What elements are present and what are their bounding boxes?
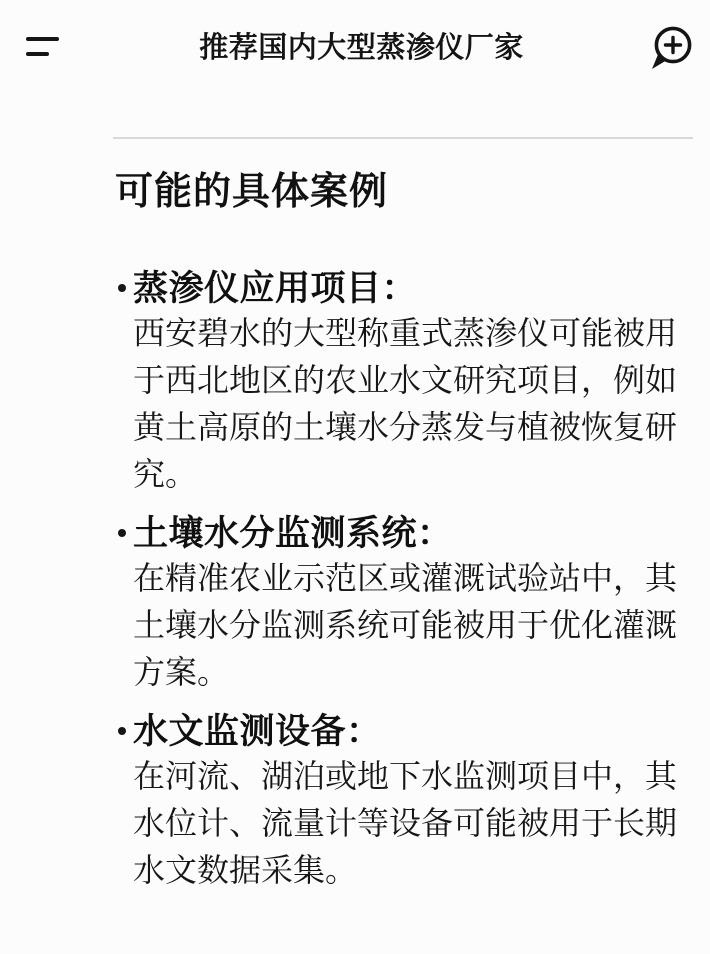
bullet-dot-icon <box>118 727 126 735</box>
bullet-dot-icon <box>118 529 126 537</box>
new-chat-button[interactable] <box>644 22 696 74</box>
chat-title: 推荐国内大型蒸渗仪厂家 <box>199 31 524 65</box>
top-bar: 推荐国内大型蒸渗仪厂家 <box>0 0 710 95</box>
chat-screen: 推荐国内大型蒸渗仪厂家 可能的具体案例 蒸渗仪应用项目： 西安碧水的大型称重式蒸… <box>0 0 710 954</box>
menu-button[interactable] <box>14 24 72 68</box>
list-item-body: 在精准农业示范区或灌溉试验站中，其 土壤水分监测系统可能被用于优化灌溉 方案。 <box>133 555 693 696</box>
list-item-body: 西安碧水的大型称重式蒸渗仪可能被用 于西北地区的农业水文研究项目，例如 黄土高原… <box>133 310 693 498</box>
list-item-body: 在河流、湖泊或地下水监测项目中，其 水位计、流量计等设备可能被用于长期 水文数据… <box>133 753 693 894</box>
list-item-label: 土壤水分监测系统： <box>133 512 693 555</box>
message-divider <box>113 137 693 139</box>
list-item-hydrology-equipment: 水文监测设备： 在河流、湖泊或地下水监测项目中，其 水位计、流量计等设备可能被用… <box>113 710 693 894</box>
chat-message-area: 可能的具体案例 蒸渗仪应用项目： 西安碧水的大型称重式蒸渗仪可能被用 于西北地区… <box>0 137 710 894</box>
bullet-dot-icon <box>118 284 126 292</box>
list-item-lysimeter-project: 蒸渗仪应用项目： 西安碧水的大型称重式蒸渗仪可能被用 于西北地区的农业水文研究项… <box>113 267 693 498</box>
list-item-soil-moisture-system: 土壤水分监测系统： 在精准农业示范区或灌溉试验站中，其 土壤水分监测系统可能被用… <box>113 512 693 696</box>
list-item-label: 蒸渗仪应用项目： <box>133 267 693 310</box>
list-item-label: 水文监测设备： <box>133 710 693 753</box>
case-list: 蒸渗仪应用项目： 西安碧水的大型称重式蒸渗仪可能被用 于西北地区的农业水文研究项… <box>113 267 693 894</box>
hamburger-menu-icon <box>26 37 59 56</box>
section-heading: 可能的具体案例 <box>115 170 693 215</box>
new-chat-bubble-plus-icon <box>647 25 693 71</box>
